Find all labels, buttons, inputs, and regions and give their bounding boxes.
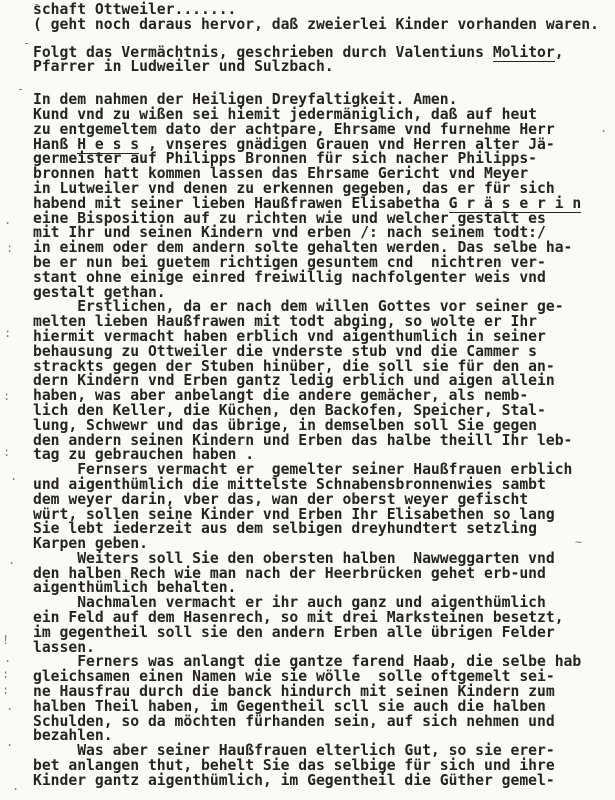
text-segment: Kinder gantz aigenthümlich, im Gegenthei… [33,772,555,789]
paragraph-block: Folgt das Vermächtnis, geschrieben durch… [33,46,615,76]
text-segment: , [555,44,564,61]
pencil-mark: : [6,242,13,254]
text-line: Schulden, so da möchten fürhanden sein, … [33,715,615,730]
paragraph-block: In dem nahmen der Heiligen Dreyfaltigkei… [33,93,615,788]
pencil-mark: : [2,684,9,696]
paragraph-block: schaft Ottweiler.......( geht noch darau… [33,3,615,33]
pencil-mark: ! [2,634,9,646]
pencil-mark: . [6,700,13,712]
pencil-mark: . [8,554,15,566]
pencil-mark: : [3,390,10,402]
document-page: schaft Ottweiler.......( geht noch darau… [0,0,615,800]
pencil-mark: . [4,652,11,664]
text-line: Kinder gantz aigenthümlich, im Gegenthei… [33,774,615,789]
text-line: ( geht noch daraus hervor, daß zweierlei… [33,18,615,33]
pencil-mark: - [17,83,24,95]
document-text: schaft Ottweiler.......( geht noch darau… [33,3,615,800]
pencil-mark: . [6,736,13,748]
underlined-name: Molitor [493,44,555,63]
pencil-mark: . [12,780,19,792]
pencil-mark: . [10,470,17,482]
text-segment: ( geht noch daraus hervor, daß zweierlei… [33,16,599,33]
pencil-mark: . [4,214,11,226]
pencil-mark: : [3,446,10,458]
pencil-mark: : [2,668,9,680]
pencil-mark: : [4,327,11,339]
text-line: im gegentheil soll sie den andern Erben … [33,626,615,641]
text-segment: Pfarrer in Ludweiler und Sulzbach. [33,58,334,75]
text-line: Pfarrer in Ludweiler und Sulzbach. [33,60,615,75]
pencil-mark: - [23,37,30,49]
text-segment: im gegentheil soll sie den andern Erben … [33,624,555,641]
